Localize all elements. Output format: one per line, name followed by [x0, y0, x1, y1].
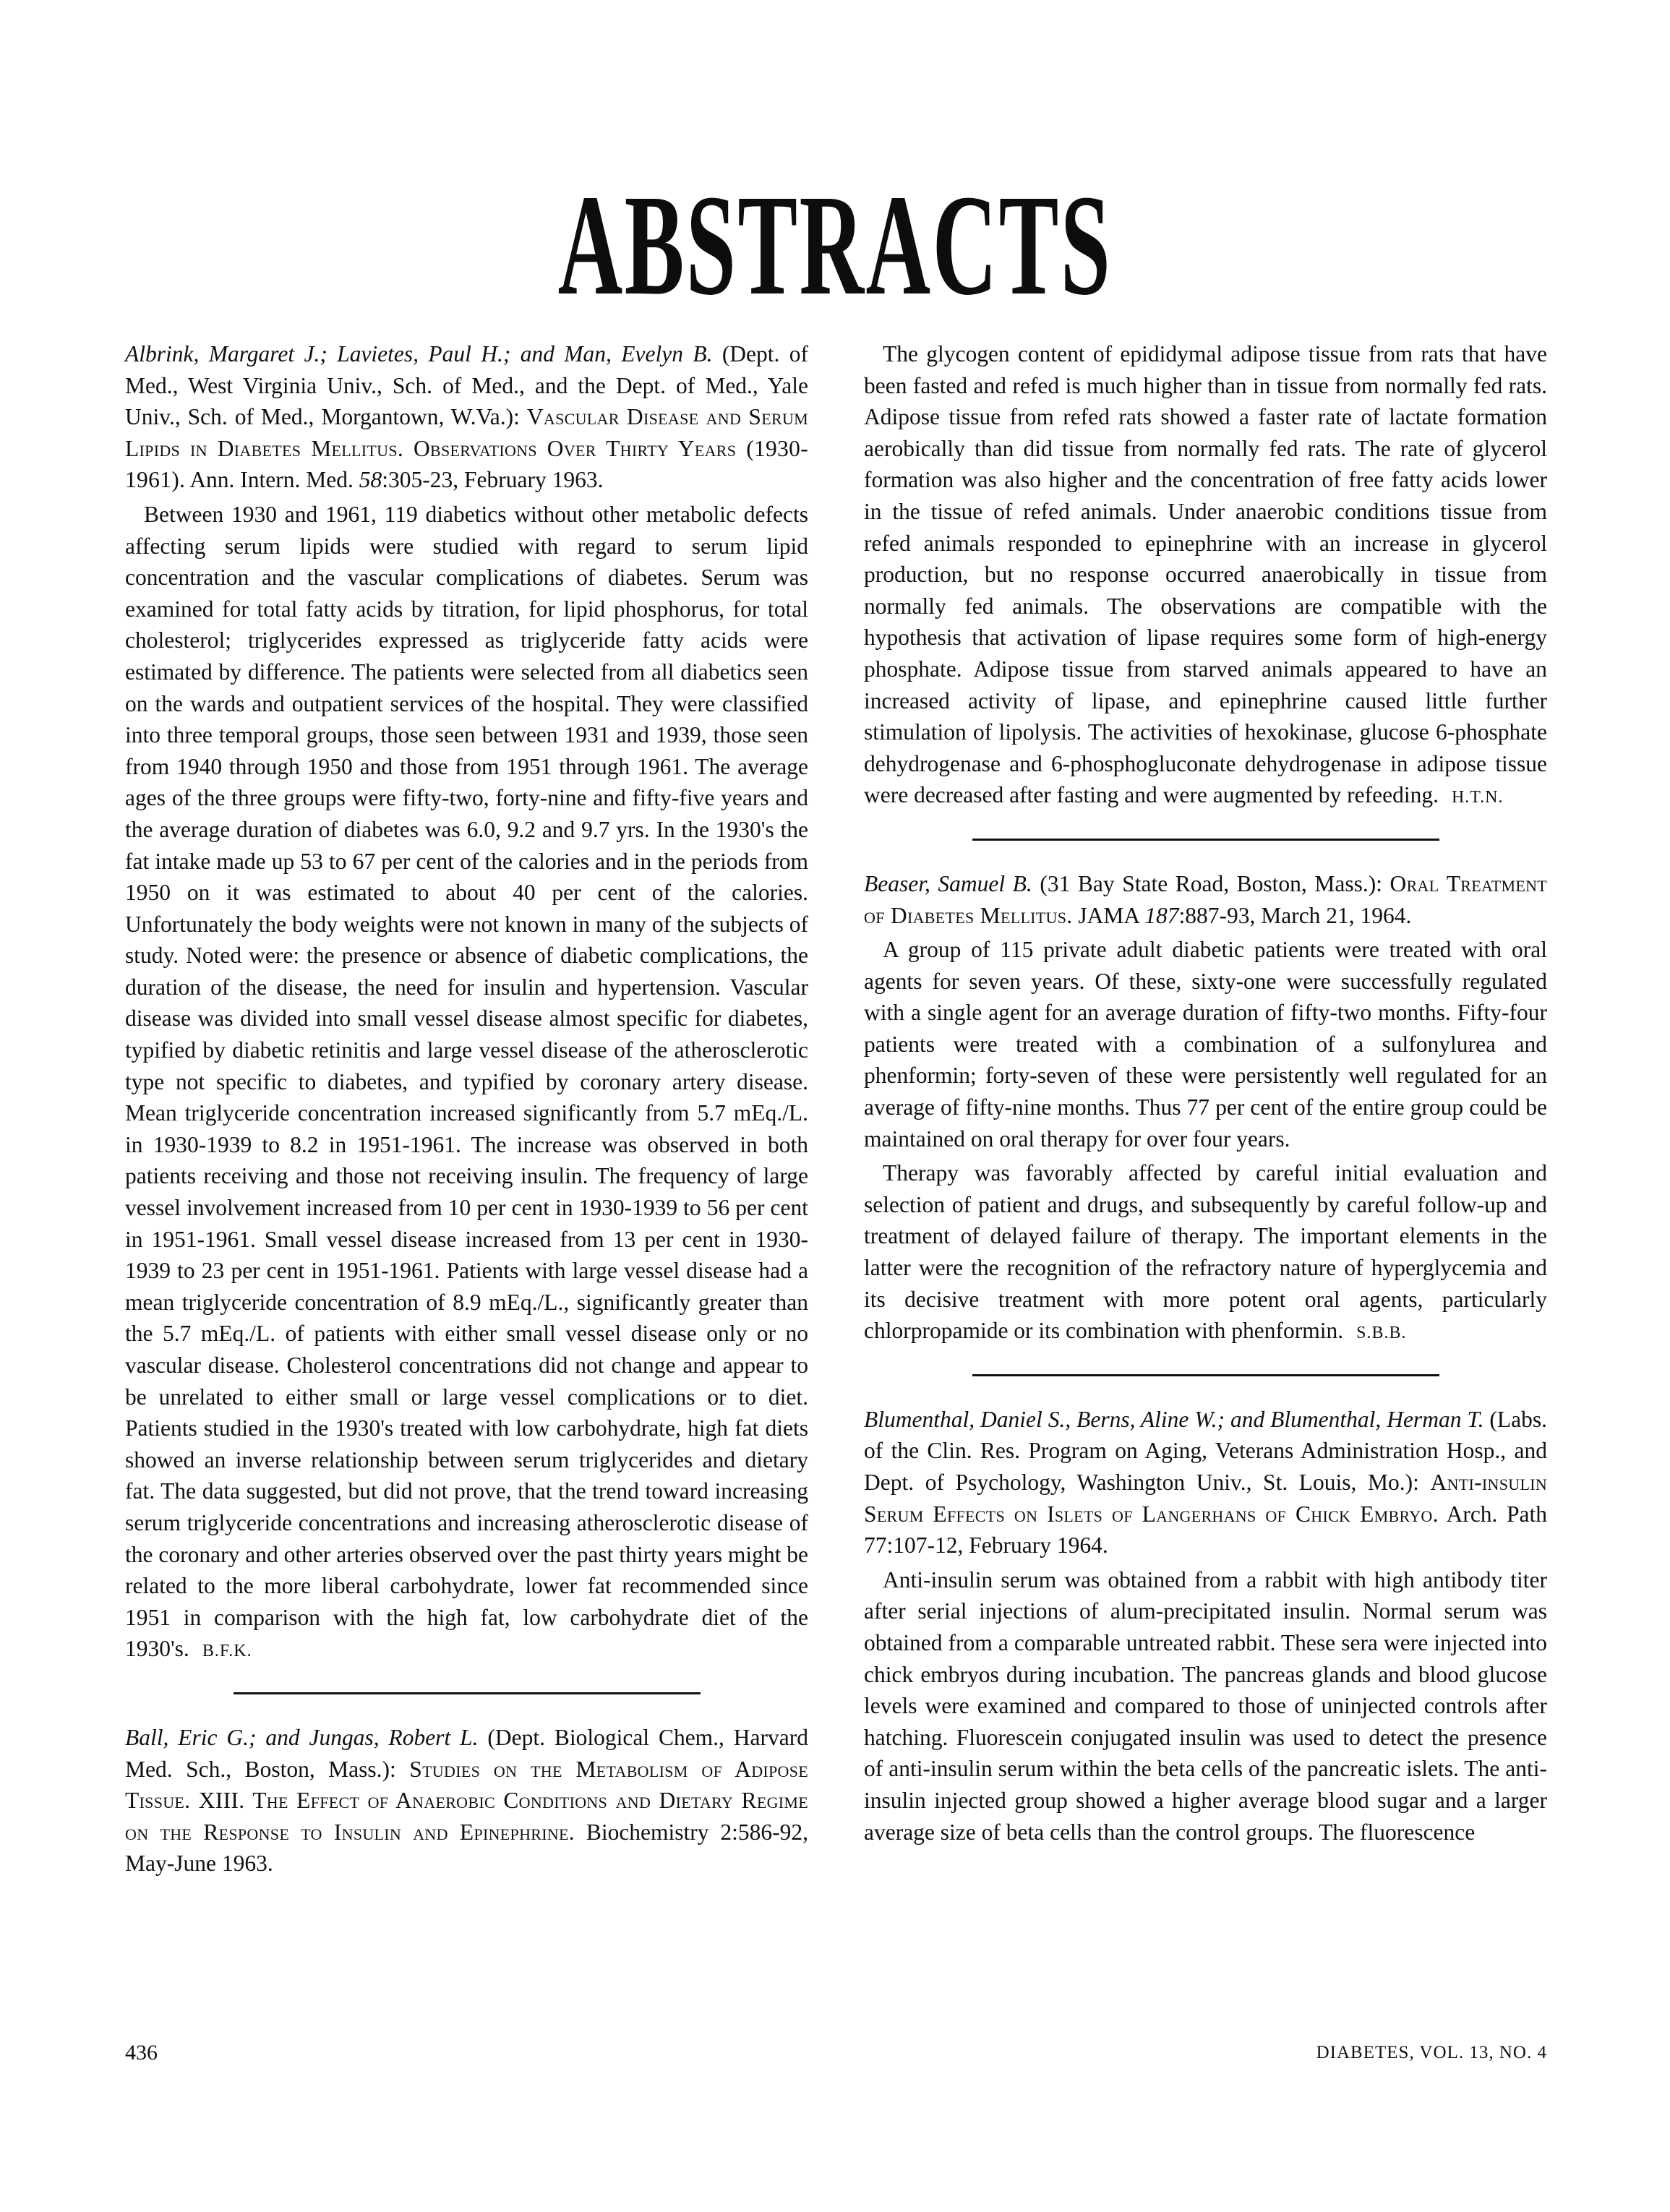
citation-header: Blumenthal, Daniel S., Berns, Aline W.; …: [864, 1404, 1547, 1561]
abstract-paragraph: Anti-insulin serum was obtained from a r…: [864, 1564, 1547, 1848]
citation-details: :107-12, February 1964.: [887, 1532, 1108, 1558]
journal-name: Biochemistry: [586, 1819, 709, 1845]
paragraph-text: Therapy was favorably affected by carefu…: [864, 1160, 1547, 1343]
page-title: ABSTRACTS: [317, 173, 1353, 318]
authors: Blumenthal, Daniel S., Berns, Aline W.; …: [864, 1407, 1483, 1432]
authors: Albrink, Margaret J.; Lavietes, Paul H.;…: [125, 341, 712, 366]
authors: Beaser, Samuel B.: [864, 871, 1032, 896]
affiliation: (31 Bay State Road, Boston, Mass.):: [1040, 871, 1382, 896]
citation-header: Ball, Eric G.; and Jungas, Robert L. (De…: [125, 1722, 808, 1879]
volume: 187: [1144, 903, 1178, 928]
citation-header: Beaser, Samuel B. (31 Bay State Road, Bo…: [864, 868, 1547, 931]
volume: 2: [720, 1819, 732, 1845]
abstract-entry-albrink: Albrink, Margaret J.; Lavietes, Paul H.;…: [125, 338, 808, 1668]
journal-name: JAMA: [1078, 903, 1139, 928]
citation-details: :305-23, February 1963.: [382, 467, 603, 492]
abstract-paragraph-ball-continued: The glycogen content of epididymal adipo…: [864, 338, 1547, 814]
reviewer-initials: H.T.N.: [1452, 788, 1504, 807]
paragraph-text: Between 1930 and 1961, 119 diabetics wit…: [125, 502, 808, 1661]
abstract-entry-beaser: Beaser, Samuel B. (31 Bay State Road, Bo…: [864, 868, 1547, 1350]
abstract-paragraph: Therapy was favorably affected by carefu…: [864, 1157, 1547, 1350]
journal-name: Ann. Intern. Med.: [189, 467, 354, 492]
right-column: The glycogen content of epididymal adipo…: [864, 338, 1547, 1848]
section-divider: [972, 839, 1439, 841]
journal-footer: DIABETES, VOL. 13, NO. 4: [1316, 2039, 1547, 2067]
abstract-entry-blumenthal: Blumenthal, Daniel S., Berns, Aline W.; …: [864, 1404, 1547, 1848]
reviewer-initials: B.F.K.: [202, 1642, 252, 1660]
page-number: 436: [125, 2039, 158, 2067]
journal-name: Arch. Path: [1447, 1501, 1547, 1527]
citation-header: Albrink, Margaret J.; Lavietes, Paul H.;…: [125, 338, 808, 496]
abstract-entry-ball: Ball, Eric G.; and Jungas, Robert L. (De…: [125, 1722, 808, 1879]
abstract-paragraph: Between 1930 and 1961, 119 diabetics wit…: [125, 499, 808, 1668]
abstract-paragraph: A group of 115 private adult diabetic pa…: [864, 934, 1547, 1154]
paragraph-text: The glycogen content of epididymal adipo…: [864, 341, 1547, 807]
volume: 58: [359, 467, 382, 492]
left-column: Albrink, Margaret J.; Lavietes, Paul H.;…: [125, 338, 808, 1879]
citation-details: :887-93, March 21, 1964.: [1178, 903, 1411, 928]
authors: Ball, Eric G.; and Jungas, Robert L.: [125, 1725, 478, 1750]
section-divider: [972, 1374, 1439, 1376]
section-divider: [234, 1692, 701, 1694]
reviewer-initials: S.B.B.: [1356, 1324, 1406, 1342]
volume: 77: [864, 1532, 887, 1558]
